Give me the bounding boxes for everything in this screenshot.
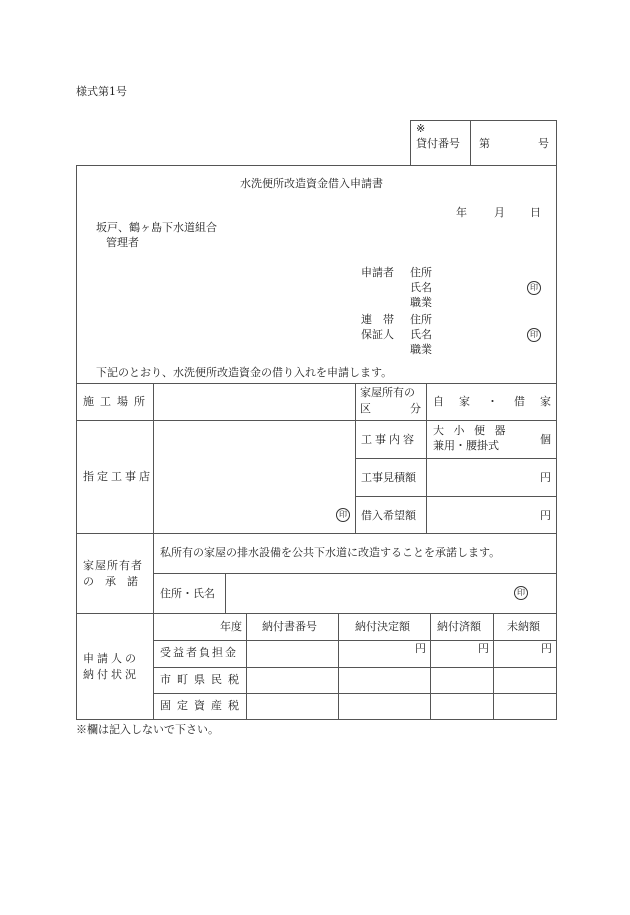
guarantor-label-1: 連 帯 <box>361 313 394 327</box>
applicant-occupation-label: 職業 <box>410 296 432 310</box>
work-content-line1: 大 小 便 器 <box>433 424 509 438</box>
assessed-unit: 円 <box>340 642 426 656</box>
option-rented-house-2[interactable]: 家 <box>540 395 551 409</box>
date-year: 年 <box>456 206 467 220</box>
header-unpaid-amount: 未納額 <box>507 620 540 634</box>
owner-consent-label-2: の 承 諾 <box>83 575 138 589</box>
owner-address-name-field[interactable] <box>228 576 508 610</box>
application-statement: 下記のとおり、水洗便所改造資金の借り入れを申請します。 <box>96 366 392 380</box>
footnote: ※欄は記入しないで下さい。 <box>76 723 219 737</box>
slip-number-field[interactable] <box>249 696 335 717</box>
form-number: 様式第1号 <box>76 85 127 99</box>
guarantor-label-2: 保証人 <box>361 328 394 342</box>
contractor-label: 指定工事店 <box>83 470 153 484</box>
owner-consent-statement: 私所有の家屋の排水設備を公共下水道に改造することを承諾します。 <box>160 546 500 560</box>
estimate-label: 工事見積額 <box>361 471 416 485</box>
work-content-label: 工事内容 <box>361 433 417 447</box>
contractor-field[interactable] <box>156 423 352 531</box>
header-assessed-amount: 納付決定額 <box>355 620 410 634</box>
header-payment-slip-number: 納付書番号 <box>262 620 317 634</box>
applicant-label: 申請者 <box>361 266 394 280</box>
header-fiscal-year: 年度 <box>156 620 242 634</box>
date-day: 日 <box>530 206 541 220</box>
site-label: 施工場所 <box>83 395 151 409</box>
applicant-address-label: 住所 <box>410 266 432 280</box>
option-separator: ・ <box>487 395 498 409</box>
seal-icon: 印 <box>514 586 528 600</box>
loan-request-label: 借入希望額 <box>361 509 416 523</box>
ownership-label-1: 家屋所有の <box>360 386 415 400</box>
estimate-field[interactable] <box>429 461 534 494</box>
row-label: 固定資産税 <box>160 699 245 713</box>
guarantor-occupation-label: 職業 <box>410 343 432 357</box>
loan-request-field[interactable] <box>429 499 534 531</box>
ownership-label-2a: 区 <box>360 402 371 416</box>
owner-address-name-label: 住所・氏名 <box>160 587 215 601</box>
addressee-org: 坂戸、鶴ヶ島下水道組合 <box>96 221 217 235</box>
slip-number-field[interactable] <box>249 670 335 691</box>
slip-number-field[interactable] <box>249 643 335 665</box>
paid-unit: 円 <box>432 642 489 656</box>
note-mark: ※ <box>416 122 425 136</box>
guarantor-name-label: 氏名 <box>410 328 432 342</box>
option-rented-house-1[interactable]: 借 <box>514 395 525 409</box>
option-own-house-1[interactable]: 自 <box>433 395 444 409</box>
seal-icon: 印 <box>336 508 350 522</box>
work-content-line2: 兼用・腰掛式 <box>433 439 499 453</box>
work-content-unit: 個 <box>540 433 551 447</box>
site-field[interactable] <box>156 386 352 418</box>
loan-number-label: 貸付番号 <box>416 137 460 151</box>
payment-status-label-1: 申請人の <box>83 652 139 666</box>
owner-consent-label-1: 家屋所有者 <box>83 559 143 573</box>
seal-icon: 印 <box>527 328 541 342</box>
document-title: 水洗便所改造資金借入申請書 <box>240 177 383 191</box>
row-label: 受益者負担金 <box>160 646 238 660</box>
ownership-label-2b: 分 <box>410 402 421 416</box>
addressee-title: 管理者 <box>106 236 139 250</box>
row-label: 市町県民税 <box>160 673 245 687</box>
guarantor-address-label: 住所 <box>410 313 432 327</box>
seal-icon: 印 <box>527 281 541 295</box>
payment-status-label-2: 納付状況 <box>83 668 139 682</box>
date-month: 月 <box>494 206 505 220</box>
loan-request-unit: 円 <box>540 509 551 523</box>
loan-number-field[interactable] <box>472 132 554 160</box>
header-paid-amount: 納付済額 <box>437 620 481 634</box>
applicant-name-label: 氏名 <box>410 281 432 295</box>
estimate-unit: 円 <box>540 471 551 485</box>
option-own-house-2[interactable]: 家 <box>459 395 470 409</box>
unpaid-unit: 円 <box>495 642 552 656</box>
